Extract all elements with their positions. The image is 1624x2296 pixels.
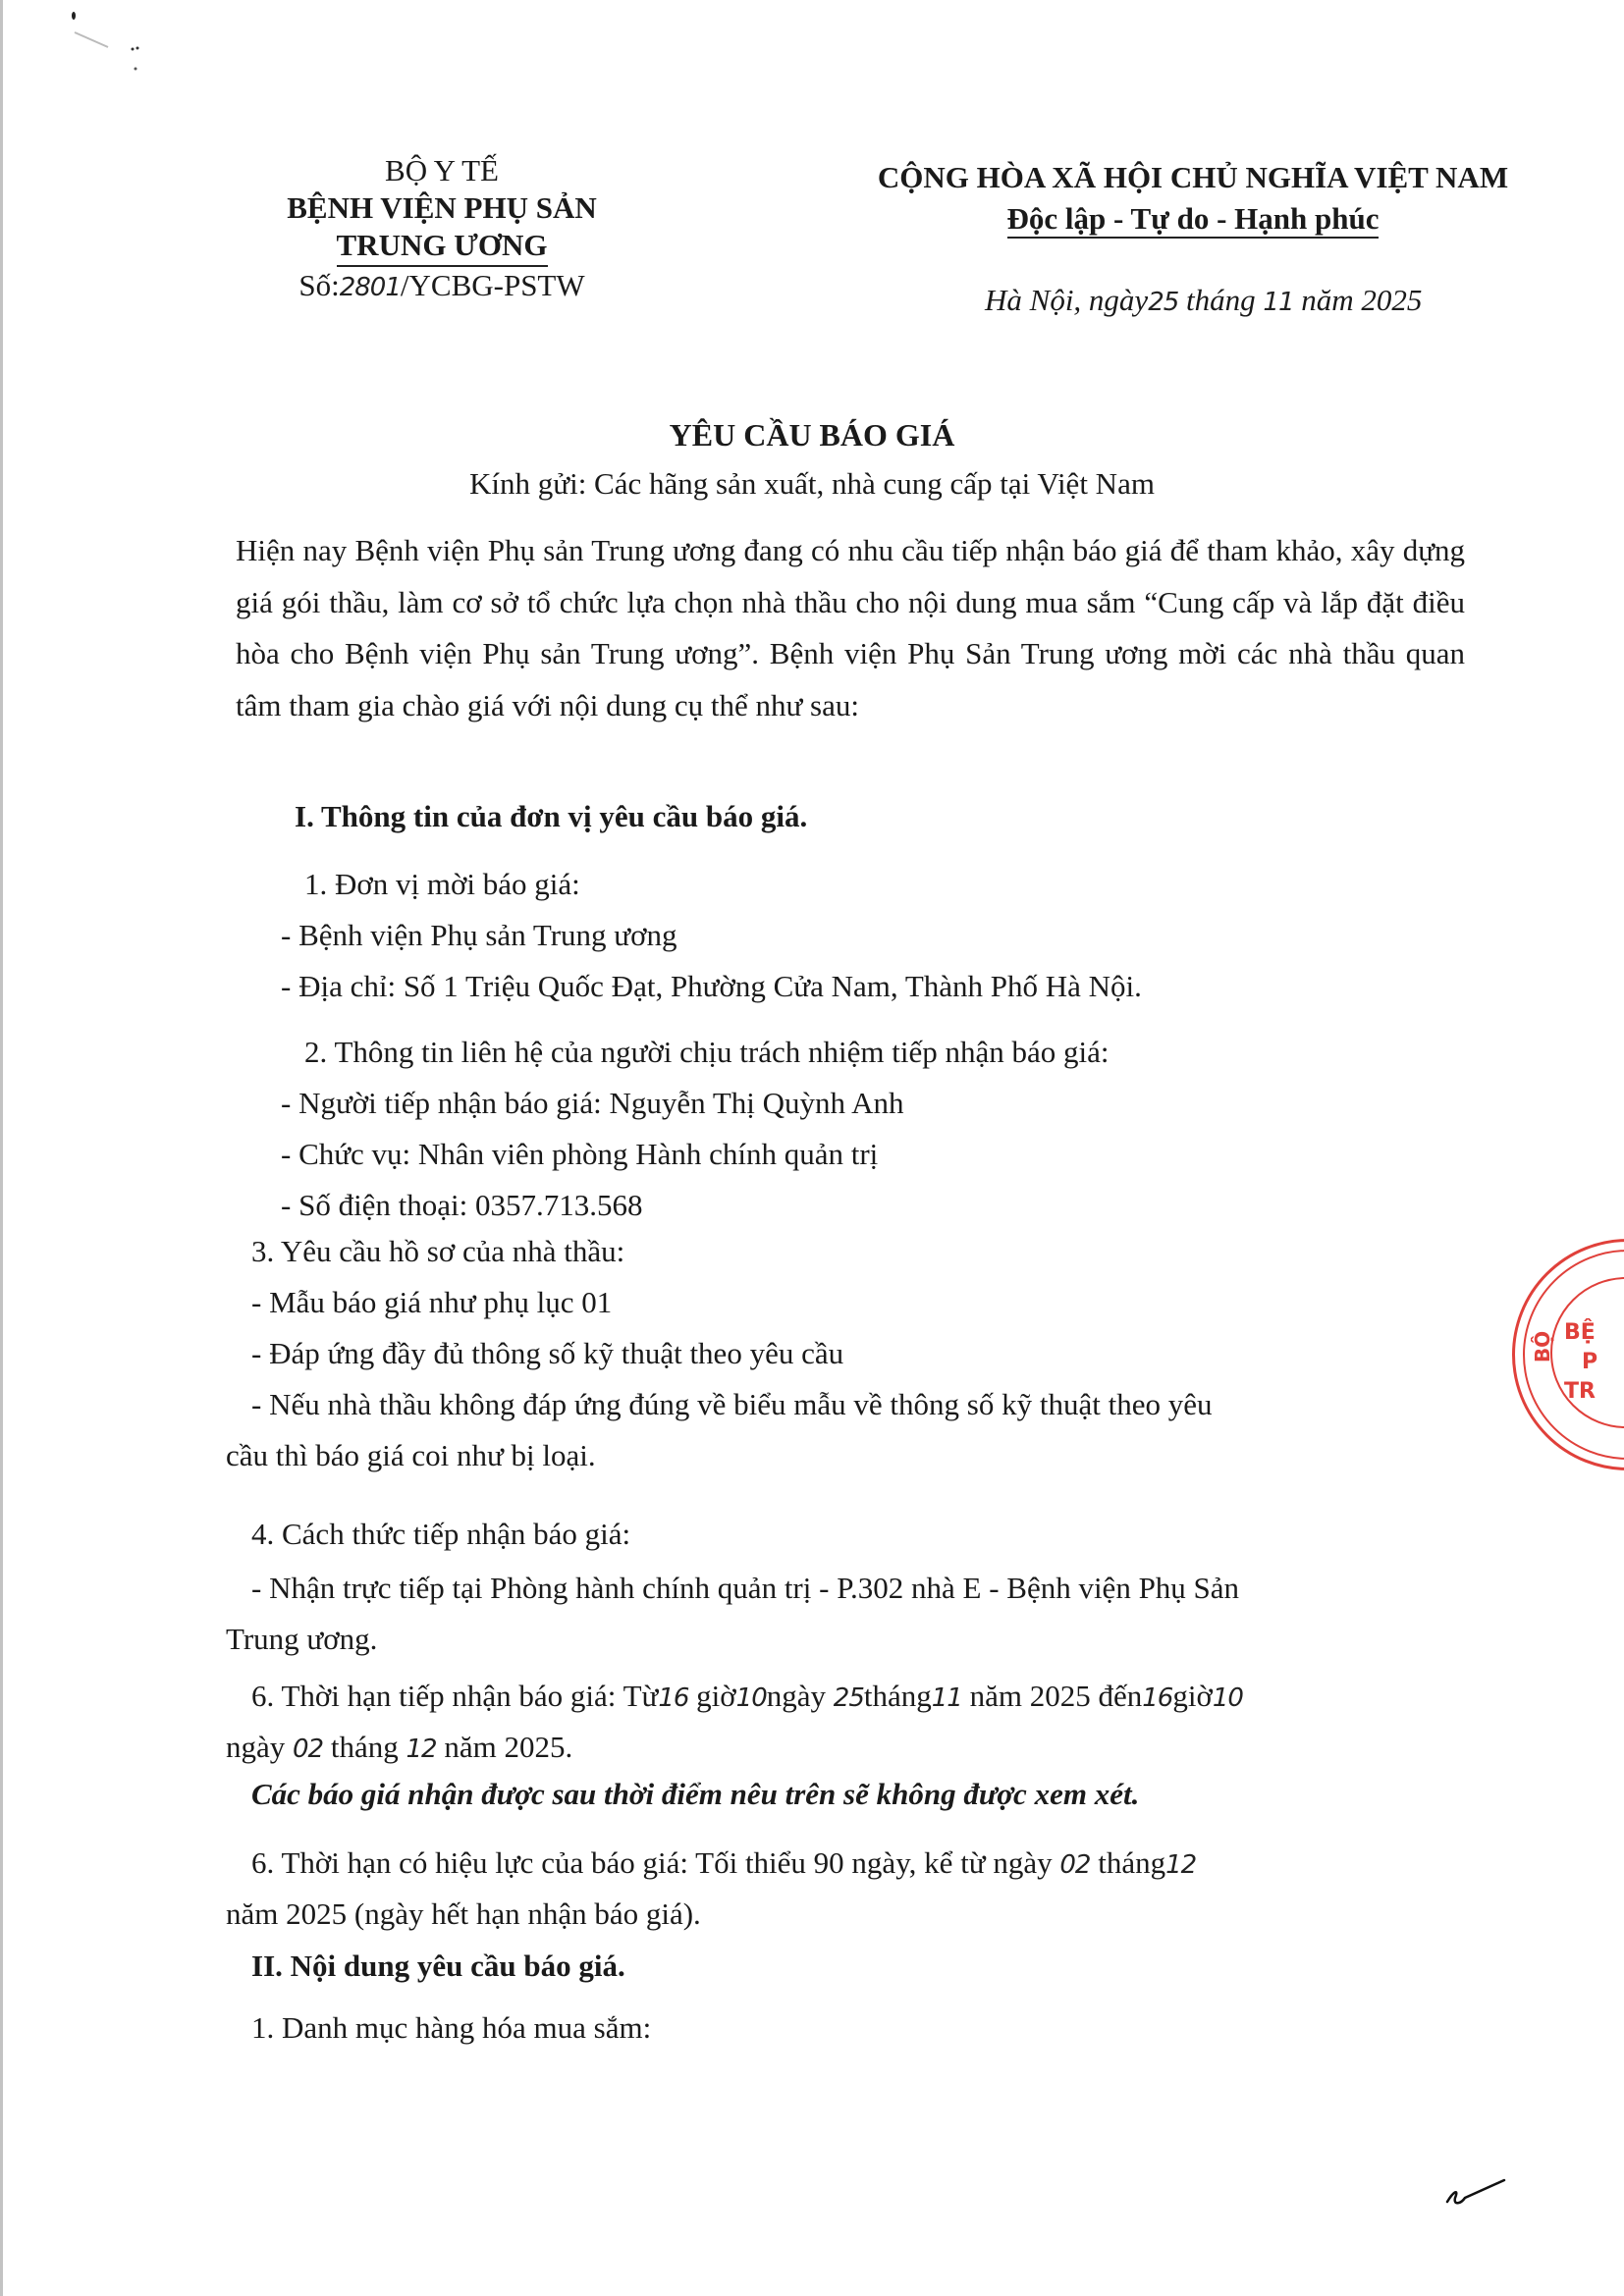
- national-header: CỘNG HÒA XÃ HỘI CHỦ NGHĨA VIỆT NAM Độc l…: [835, 157, 1551, 240]
- item1-label: 1. Đơn vị mời báo giá:: [304, 867, 580, 902]
- item1-line: - Bệnh viện Phụ sản Trung ương: [281, 918, 677, 953]
- section2-item1: 1. Danh mục hàng hóa mua sắm:: [251, 2010, 651, 2046]
- handwritten-to-minute: 10: [1213, 1683, 1243, 1713]
- handwritten-to-day: 02: [293, 1735, 323, 1764]
- nation-name: CỘNG HÒA XÃ HỘI CHỦ NGHĨA VIỆT NAM: [835, 157, 1551, 198]
- national-motto: Độc lập - Tự do - Hạnh phúc: [1007, 201, 1380, 239]
- validity-line1: 6. Thời hạn có hiệu lực của báo giá: Tối…: [251, 1845, 1196, 1881]
- greeting: Kính gửi: Các hãng sản xuất, nhà cung cấ…: [0, 466, 1624, 502]
- document-number: Số:2801/YCBG-PSTW: [226, 267, 658, 306]
- receipt-deadline-line2: ngày 02 tháng 12 năm 2025.: [226, 1730, 572, 1765]
- intro-paragraph: Hiện nay Bệnh viện Phụ sản Trung ương đa…: [236, 525, 1465, 731]
- handwritten-to-hour: 16: [1142, 1683, 1172, 1713]
- item2-line: - Chức vụ: Nhân viên phòng Hành chính qu…: [281, 1137, 878, 1172]
- handwritten-from-hour: 16: [658, 1683, 688, 1713]
- handwritten-to-month: 12: [406, 1735, 436, 1764]
- validity-line2: năm 2025 (ngày hết hạn nhận báo giá).: [226, 1896, 701, 1932]
- stamp-text: BỆ: [1564, 1320, 1596, 1345]
- issuer-block: BỘ Y TẾ BỆNH VIỆN PHỤ SẢN TRUNG ƯƠNG Số:…: [226, 152, 658, 306]
- initials-signature-icon: [1443, 2174, 1512, 2214]
- item2-line: - Người tiếp nhận báo giá: Nguyễn Thị Qu…: [281, 1086, 903, 1121]
- handwritten-day: 25: [1148, 288, 1178, 317]
- section2-heading: II. Nội dung yêu cầu báo giá.: [251, 1949, 625, 1984]
- item3-label: 3. Yêu cầu hồ sơ của nhà thầu:: [251, 1234, 624, 1269]
- handwritten-from-day: 25: [834, 1683, 864, 1713]
- item2-label: 2. Thông tin liên hệ của người chịu trác…: [304, 1035, 1109, 1070]
- handwritten-from-month: 11: [932, 1683, 962, 1713]
- section1-heading: I. Thông tin của đơn vị yêu cầu báo giá.: [295, 799, 807, 834]
- stamp-side-text: BỘ: [1531, 1331, 1554, 1362]
- stamp-text: TR: [1564, 1379, 1596, 1404]
- item4-line: - Nhận trực tiếp tại Phòng hành chính qu…: [251, 1571, 1239, 1606]
- receipt-deadline-line1: 6. Thời hạn tiếp nhận báo giá: Từ16 giờ1…: [251, 1679, 1243, 1714]
- scan-mark: [59, 10, 167, 79]
- item3-line: - Đáp ứng đầy đủ thông số kỹ thuật theo …: [251, 1336, 843, 1371]
- stamp-text: P: [1582, 1350, 1597, 1374]
- hospital-name-line1: BỆNH VIỆN PHỤ SẢN: [226, 189, 658, 227]
- item3-line: - Mẫu báo giá như phụ lục 01: [251, 1285, 612, 1320]
- official-seal-stamp: BỘ BỆ P TR: [1512, 1239, 1624, 1470]
- item4-line: Trung ương.: [226, 1622, 377, 1657]
- handwritten-doc-number: 2801: [340, 273, 401, 302]
- document-title: YÊU CẦU BÁO GIÁ: [0, 417, 1624, 454]
- handwritten-month: 11: [1263, 288, 1293, 317]
- handwritten-validity-month: 12: [1165, 1850, 1196, 1880]
- hospital-name-line2: TRUNG ƯƠNG: [337, 227, 548, 267]
- late-submission-note: Các báo giá nhận được sau thời điểm nêu …: [251, 1777, 1139, 1812]
- item4-label: 4. Cách thức tiếp nhận báo giá:: [251, 1517, 630, 1552]
- handwritten-from-minute: 10: [736, 1683, 767, 1713]
- item1-line: - Địa chỉ: Số 1 Triệu Quốc Đạt, Phường C…: [281, 969, 1142, 1004]
- item3-line: cầu thì báo giá coi như bị loại.: [226, 1438, 596, 1473]
- ministry-name: BỘ Y TẾ: [226, 152, 658, 189]
- handwritten-validity-day: 02: [1059, 1850, 1090, 1880]
- item2-line: - Số điện thoại: 0357.713.568: [281, 1188, 643, 1223]
- scan-edge: [0, 0, 3, 2296]
- item3-line: - Nếu nhà thầu không đáp ứng đúng về biể…: [251, 1387, 1212, 1422]
- issue-date: Hà Nội, ngày25 tháng 11 năm 2025: [985, 283, 1422, 318]
